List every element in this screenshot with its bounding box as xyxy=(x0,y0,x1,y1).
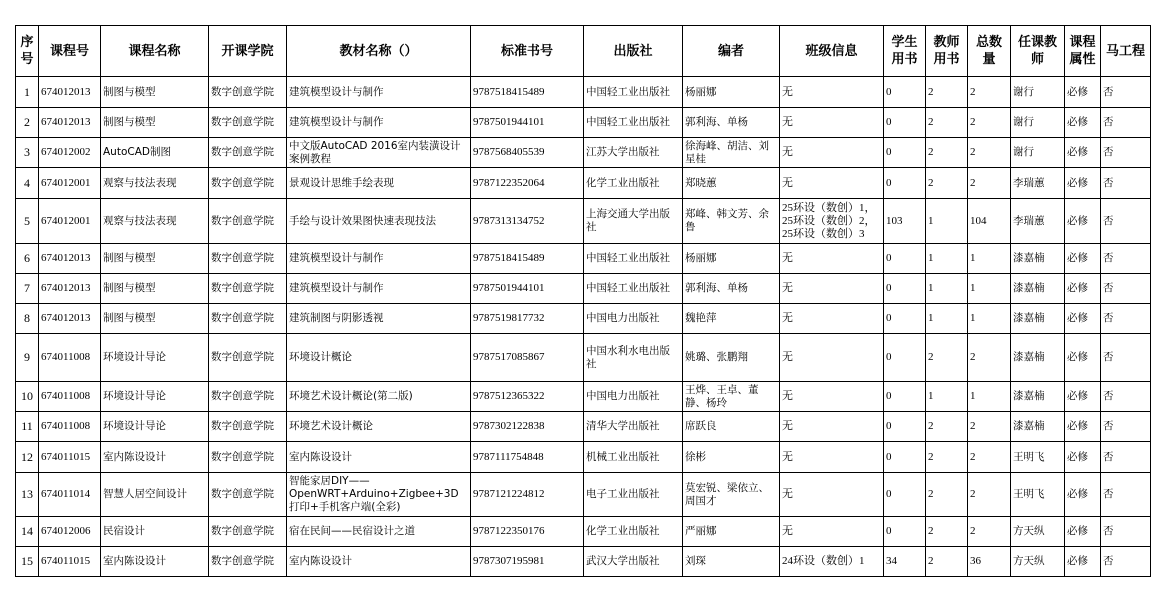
cell-class-info: 24环设（数创）1 xyxy=(780,547,884,577)
cell-publisher: 中国水利水电出版社 xyxy=(584,334,683,382)
header-isbn: 标准书号 xyxy=(471,26,584,77)
cell-teacher-books: 1 xyxy=(926,244,968,274)
cell-magongcheng: 否 xyxy=(1101,382,1151,412)
cell-student-books: 0 xyxy=(884,108,926,138)
cell-student-books: 0 xyxy=(884,442,926,473)
cell-publisher: 上海交通大学出版社 xyxy=(584,199,683,244)
cell-authors: 郑晓蕙 xyxy=(683,168,780,199)
cell-magongcheng: 否 xyxy=(1101,77,1151,108)
cell-isbn: 9787302122838 xyxy=(471,412,584,442)
cell-teacher: 漆嘉楠 xyxy=(1011,334,1065,382)
cell-index: 7 xyxy=(16,274,39,304)
cell-teacher-books: 1 xyxy=(926,274,968,304)
cell-index: 12 xyxy=(16,442,39,473)
header-course-no: 课程号 xyxy=(39,26,101,77)
cell-course-attribute: 必修 xyxy=(1065,138,1101,168)
cell-total: 2 xyxy=(968,412,1011,442)
cell-index: 5 xyxy=(16,199,39,244)
cell-isbn: 9787568405539 xyxy=(471,138,584,168)
cell-textbook-name: 建筑模型设计与制作 xyxy=(287,108,471,138)
cell-course-attribute: 必修 xyxy=(1065,199,1101,244)
header-course-attribute: 课程属性 xyxy=(1065,26,1101,77)
cell-course-name: 制图与模型 xyxy=(101,304,209,334)
cell-isbn: 9787519817732 xyxy=(471,304,584,334)
cell-college: 数字创意学院 xyxy=(209,274,287,304)
cell-isbn: 9787512365322 xyxy=(471,382,584,412)
cell-authors: 杨丽娜 xyxy=(683,244,780,274)
cell-total: 1 xyxy=(968,304,1011,334)
cell-course-name: 智慧人居空间设计 xyxy=(101,473,209,517)
cell-publisher: 中国电力出版社 xyxy=(584,304,683,334)
cell-student-books: 0 xyxy=(884,274,926,304)
cell-college: 数字创意学院 xyxy=(209,473,287,517)
cell-authors: 郭利海、单杨 xyxy=(683,274,780,304)
header-student-books: 学生用书 xyxy=(884,26,926,77)
cell-teacher-books: 2 xyxy=(926,412,968,442)
cell-total: 2 xyxy=(968,442,1011,473)
cell-course-attribute: 必修 xyxy=(1065,108,1101,138)
cell-textbook-name: 景观设计思维手绘表现 xyxy=(287,168,471,199)
cell-class-info: 无 xyxy=(780,334,884,382)
cell-publisher: 中国轻工业出版社 xyxy=(584,274,683,304)
cell-course-attribute: 必修 xyxy=(1065,517,1101,547)
cell-course-no: 674011008 xyxy=(39,412,101,442)
cell-publisher: 武汉大学出版社 xyxy=(584,547,683,577)
cell-total: 2 xyxy=(968,77,1011,108)
cell-isbn: 9787501944101 xyxy=(471,274,584,304)
cell-publisher: 清华大学出版社 xyxy=(584,412,683,442)
cell-teacher-books: 1 xyxy=(926,382,968,412)
cell-course-no: 674012001 xyxy=(39,168,101,199)
cell-class-info: 无 xyxy=(780,77,884,108)
cell-publisher: 中国轻工业出版社 xyxy=(584,244,683,274)
cell-teacher-books: 2 xyxy=(926,517,968,547)
cell-course-no: 674011015 xyxy=(39,547,101,577)
cell-publisher: 化学工业出版社 xyxy=(584,168,683,199)
cell-publisher: 中国轻工业出版社 xyxy=(584,77,683,108)
cell-textbook-name: 室内陈设设计 xyxy=(287,442,471,473)
cell-teacher-books: 2 xyxy=(926,77,968,108)
cell-total: 1 xyxy=(968,274,1011,304)
cell-course-no: 674011008 xyxy=(39,334,101,382)
cell-student-books: 0 xyxy=(884,382,926,412)
cell-magongcheng: 否 xyxy=(1101,334,1151,382)
table-row: 2674012013制图与模型数字创意学院建筑模型设计与制作9787501944… xyxy=(16,108,1151,138)
header-teacher: 任课教师 xyxy=(1011,26,1065,77)
cell-college: 数字创意学院 xyxy=(209,138,287,168)
cell-college: 数字创意学院 xyxy=(209,517,287,547)
cell-index: 14 xyxy=(16,517,39,547)
cell-authors: 刘琛 xyxy=(683,547,780,577)
cell-course-attribute: 必修 xyxy=(1065,334,1101,382)
cell-publisher: 化学工业出版社 xyxy=(584,517,683,547)
cell-teacher: 李瑞蕙 xyxy=(1011,199,1065,244)
header-course-name: 课程名称 xyxy=(101,26,209,77)
cell-textbook-name: 建筑制图与阴影透视 xyxy=(287,304,471,334)
table-row: 14674012006民宿设计数字创意学院宿在民间——民宿设计之道9787122… xyxy=(16,517,1151,547)
cell-magongcheng: 否 xyxy=(1101,168,1151,199)
cell-student-books: 0 xyxy=(884,77,926,108)
cell-student-books: 0 xyxy=(884,138,926,168)
header-magongcheng: 马工程 xyxy=(1101,26,1151,77)
cell-isbn: 9787111754848 xyxy=(471,442,584,473)
table-row: 4674012001观察与技法表现数字创意学院景观设计思维手绘表现9787122… xyxy=(16,168,1151,199)
cell-class-info: 无 xyxy=(780,442,884,473)
cell-isbn: 9787518415489 xyxy=(471,244,584,274)
cell-course-no: 674012013 xyxy=(39,244,101,274)
cell-class-info: 无 xyxy=(780,517,884,547)
cell-textbook-name: 建筑模型设计与制作 xyxy=(287,274,471,304)
cell-index: 4 xyxy=(16,168,39,199)
cell-textbook-name: 建筑模型设计与制作 xyxy=(287,244,471,274)
cell-authors: 席跃良 xyxy=(683,412,780,442)
cell-magongcheng: 否 xyxy=(1101,199,1151,244)
cell-teacher: 谢行 xyxy=(1011,108,1065,138)
cell-total: 2 xyxy=(968,168,1011,199)
cell-college: 数字创意学院 xyxy=(209,304,287,334)
cell-teacher: 谢行 xyxy=(1011,138,1065,168)
cell-authors: 王烨、王卓、董静、杨玲 xyxy=(683,382,780,412)
cell-index: 9 xyxy=(16,334,39,382)
cell-total: 2 xyxy=(968,334,1011,382)
cell-college: 数字创意学院 xyxy=(209,412,287,442)
cell-teacher-books: 1 xyxy=(926,304,968,334)
cell-class-info: 25环设（数创）1，25环设（数创）2，25环设（数创）3 xyxy=(780,199,884,244)
cell-course-attribute: 必修 xyxy=(1065,274,1101,304)
cell-authors: 郑峰、韩文芳、余鲁 xyxy=(683,199,780,244)
cell-teacher: 漆嘉楠 xyxy=(1011,304,1065,334)
cell-course-name: 制图与模型 xyxy=(101,77,209,108)
cell-publisher: 机械工业出版社 xyxy=(584,442,683,473)
cell-magongcheng: 否 xyxy=(1101,442,1151,473)
cell-magongcheng: 否 xyxy=(1101,138,1151,168)
cell-course-no: 674012006 xyxy=(39,517,101,547)
header-authors: 编者 xyxy=(683,26,780,77)
cell-student-books: 103 xyxy=(884,199,926,244)
cell-index: 11 xyxy=(16,412,39,442)
header-row: 序号课程号课程名称开课学院教材名称（）标准书号出版社编者班级信息学生用书教师用书… xyxy=(16,26,1151,77)
cell-course-name: 民宿设计 xyxy=(101,517,209,547)
cell-authors: 杨丽娜 xyxy=(683,77,780,108)
cell-teacher: 王明飞 xyxy=(1011,442,1065,473)
cell-course-name: 环境设计导论 xyxy=(101,334,209,382)
cell-teacher: 方天纵 xyxy=(1011,517,1065,547)
cell-index: 15 xyxy=(16,547,39,577)
cell-teacher: 漆嘉楠 xyxy=(1011,274,1065,304)
table-row: 8674012013制图与模型数字创意学院建筑制图与阴影透视9787519817… xyxy=(16,304,1151,334)
cell-teacher: 王明飞 xyxy=(1011,473,1065,517)
cell-student-books: 0 xyxy=(884,304,926,334)
cell-student-books: 0 xyxy=(884,168,926,199)
cell-course-name: 制图与模型 xyxy=(101,274,209,304)
cell-class-info: 无 xyxy=(780,382,884,412)
cell-course-attribute: 必修 xyxy=(1065,304,1101,334)
header-total: 总数量 xyxy=(968,26,1011,77)
cell-isbn: 9787121224812 xyxy=(471,473,584,517)
cell-college: 数字创意学院 xyxy=(209,547,287,577)
cell-total: 2 xyxy=(968,138,1011,168)
cell-college: 数字创意学院 xyxy=(209,382,287,412)
cell-index: 3 xyxy=(16,138,39,168)
cell-teacher-books: 2 xyxy=(926,138,968,168)
cell-course-name: 室内陈设设计 xyxy=(101,442,209,473)
cell-course-name: 环境设计导论 xyxy=(101,382,209,412)
cell-course-no: 674011008 xyxy=(39,382,101,412)
table-row: 3674012002AutoCAD制图数字创意学院中文版AutoCAD 2016… xyxy=(16,138,1151,168)
cell-index: 8 xyxy=(16,304,39,334)
cell-isbn: 9787517085867 xyxy=(471,334,584,382)
cell-course-name: 室内陈设设计 xyxy=(101,547,209,577)
cell-total: 2 xyxy=(968,517,1011,547)
table-row: 7674012013制图与模型数字创意学院建筑模型设计与制作9787501944… xyxy=(16,274,1151,304)
cell-publisher: 江苏大学出版社 xyxy=(584,138,683,168)
cell-course-name: 观察与技法表现 xyxy=(101,199,209,244)
cell-authors: 严丽娜 xyxy=(683,517,780,547)
cell-isbn: 9787307195981 xyxy=(471,547,584,577)
cell-teacher: 谢行 xyxy=(1011,77,1065,108)
cell-class-info: 无 xyxy=(780,304,884,334)
cell-teacher-books: 2 xyxy=(926,547,968,577)
cell-class-info: 无 xyxy=(780,108,884,138)
cell-course-name: 环境设计导论 xyxy=(101,412,209,442)
cell-index: 10 xyxy=(16,382,39,412)
cell-teacher-books: 2 xyxy=(926,334,968,382)
cell-course-no: 674011015 xyxy=(39,442,101,473)
cell-publisher: 电子工业出版社 xyxy=(584,473,683,517)
cell-magongcheng: 否 xyxy=(1101,108,1151,138)
cell-course-attribute: 必修 xyxy=(1065,244,1101,274)
cell-isbn: 9787501944101 xyxy=(471,108,584,138)
table-row: 15674011015室内陈设设计数字创意学院室内陈设设计97873071959… xyxy=(16,547,1151,577)
cell-authors: 徐海峰、胡洁、刘星桂 xyxy=(683,138,780,168)
cell-publisher: 中国轻工业出版社 xyxy=(584,108,683,138)
cell-course-no: 674012013 xyxy=(39,304,101,334)
cell-college: 数字创意学院 xyxy=(209,77,287,108)
cell-class-info: 无 xyxy=(780,473,884,517)
cell-course-name: 制图与模型 xyxy=(101,108,209,138)
cell-magongcheng: 否 xyxy=(1101,473,1151,517)
cell-student-books: 0 xyxy=(884,412,926,442)
cell-textbook-name: 手绘与设计效果图快速表现技法 xyxy=(287,199,471,244)
cell-index: 13 xyxy=(16,473,39,517)
cell-textbook-name: 环境艺术设计概论 xyxy=(287,412,471,442)
cell-class-info: 无 xyxy=(780,138,884,168)
header-teacher-books: 教师用书 xyxy=(926,26,968,77)
cell-teacher: 漆嘉楠 xyxy=(1011,244,1065,274)
cell-total: 104 xyxy=(968,199,1011,244)
cell-teacher-books: 2 xyxy=(926,168,968,199)
cell-isbn: 9787122350176 xyxy=(471,517,584,547)
cell-index: 6 xyxy=(16,244,39,274)
cell-isbn: 9787518415489 xyxy=(471,77,584,108)
table-row: 1674012013制图与模型数字创意学院建筑模型设计与制作9787518415… xyxy=(16,77,1151,108)
cell-teacher-books: 2 xyxy=(926,442,968,473)
cell-index: 1 xyxy=(16,77,39,108)
cell-textbook-name: 中文版AutoCAD 2016室内装潢设计案例教程 xyxy=(287,138,471,168)
table-row: 6674012013制图与模型数字创意学院建筑模型设计与制作9787518415… xyxy=(16,244,1151,274)
cell-course-no: 674011014 xyxy=(39,473,101,517)
cell-teacher: 李瑞蕙 xyxy=(1011,168,1065,199)
cell-teacher-books: 2 xyxy=(926,108,968,138)
cell-teacher: 方天纵 xyxy=(1011,547,1065,577)
cell-publisher: 中国电力出版社 xyxy=(584,382,683,412)
cell-teacher-books: 2 xyxy=(926,473,968,517)
cell-magongcheng: 否 xyxy=(1101,304,1151,334)
cell-course-attribute: 必修 xyxy=(1065,77,1101,108)
cell-teacher: 漆嘉楠 xyxy=(1011,382,1065,412)
cell-textbook-name: 宿在民间——民宿设计之道 xyxy=(287,517,471,547)
cell-course-no: 674012002 xyxy=(39,138,101,168)
cell-textbook-name: 室内陈设设计 xyxy=(287,547,471,577)
cell-authors: 魏艳萍 xyxy=(683,304,780,334)
cell-isbn: 9787313134752 xyxy=(471,199,584,244)
cell-class-info: 无 xyxy=(780,412,884,442)
cell-total: 36 xyxy=(968,547,1011,577)
cell-magongcheng: 否 xyxy=(1101,412,1151,442)
cell-teacher: 漆嘉楠 xyxy=(1011,412,1065,442)
cell-course-no: 674012013 xyxy=(39,77,101,108)
cell-course-attribute: 必修 xyxy=(1065,547,1101,577)
cell-course-no: 674012013 xyxy=(39,108,101,138)
cell-course-attribute: 必修 xyxy=(1065,442,1101,473)
cell-course-attribute: 必修 xyxy=(1065,473,1101,517)
cell-magongcheng: 否 xyxy=(1101,547,1151,577)
cell-college: 数字创意学院 xyxy=(209,334,287,382)
header-college: 开课学院 xyxy=(209,26,287,77)
table-row: 9674011008环境设计导论数字创意学院环境设计概论978751708586… xyxy=(16,334,1151,382)
cell-course-name: AutoCAD制图 xyxy=(101,138,209,168)
cell-course-attribute: 必修 xyxy=(1065,168,1101,199)
cell-class-info: 无 xyxy=(780,244,884,274)
header-textbook-name: 教材名称（） xyxy=(287,26,471,77)
cell-textbook-name: 环境艺术设计概论(第二版) xyxy=(287,382,471,412)
cell-course-name: 观察与技法表现 xyxy=(101,168,209,199)
cell-authors: 莫宏锐、梁依立、周国才 xyxy=(683,473,780,517)
cell-student-books: 0 xyxy=(884,517,926,547)
cell-student-books: 0 xyxy=(884,244,926,274)
cell-course-attribute: 必修 xyxy=(1065,382,1101,412)
cell-college: 数字创意学院 xyxy=(209,168,287,199)
table-row: 10674011008环境设计导论数字创意学院环境艺术设计概论(第二版)9787… xyxy=(16,382,1151,412)
cell-teacher-books: 1 xyxy=(926,199,968,244)
header-index: 序号 xyxy=(16,26,39,77)
cell-class-info: 无 xyxy=(780,168,884,199)
cell-student-books: 0 xyxy=(884,473,926,517)
cell-total: 1 xyxy=(968,244,1011,274)
table-row: 11674011008环境设计导论数字创意学院环境艺术设计概论978730212… xyxy=(16,412,1151,442)
cell-magongcheng: 否 xyxy=(1101,274,1151,304)
cell-isbn: 9787122352064 xyxy=(471,168,584,199)
cell-magongcheng: 否 xyxy=(1101,244,1151,274)
cell-course-no: 674012001 xyxy=(39,199,101,244)
cell-course-no: 674012013 xyxy=(39,274,101,304)
table-row: 5674012001观察与技法表现数字创意学院手绘与设计效果图快速表现技法978… xyxy=(16,199,1151,244)
cell-college: 数字创意学院 xyxy=(209,442,287,473)
cell-index: 2 xyxy=(16,108,39,138)
cell-total: 2 xyxy=(968,108,1011,138)
header-class-info: 班级信息 xyxy=(780,26,884,77)
cell-textbook-name: 建筑模型设计与制作 xyxy=(287,77,471,108)
cell-course-attribute: 必修 xyxy=(1065,412,1101,442)
cell-authors: 徐彬 xyxy=(683,442,780,473)
cell-authors: 郭利海、单杨 xyxy=(683,108,780,138)
cell-course-name: 制图与模型 xyxy=(101,244,209,274)
cell-student-books: 0 xyxy=(884,334,926,382)
cell-authors: 姚璐、张鹏翔 xyxy=(683,334,780,382)
cell-textbook-name: 智能家居DIY——OpenWRT+Arduino+Zigbee+3D打印+手机客… xyxy=(287,473,471,517)
table-row: 12674011015室内陈设设计数字创意学院室内陈设设计97871117548… xyxy=(16,442,1151,473)
cell-class-info: 无 xyxy=(780,274,884,304)
cell-college: 数字创意学院 xyxy=(209,108,287,138)
textbook-table: 序号课程号课程名称开课学院教材名称（）标准书号出版社编者班级信息学生用书教师用书… xyxy=(15,25,1151,577)
cell-total: 2 xyxy=(968,473,1011,517)
cell-magongcheng: 否 xyxy=(1101,517,1151,547)
cell-college: 数字创意学院 xyxy=(209,199,287,244)
table-row: 13674011014智慧人居空间设计数字创意学院智能家居DIY——OpenWR… xyxy=(16,473,1151,517)
cell-student-books: 34 xyxy=(884,547,926,577)
cell-textbook-name: 环境设计概论 xyxy=(287,334,471,382)
header-publisher: 出版社 xyxy=(584,26,683,77)
cell-total: 1 xyxy=(968,382,1011,412)
cell-college: 数字创意学院 xyxy=(209,244,287,274)
